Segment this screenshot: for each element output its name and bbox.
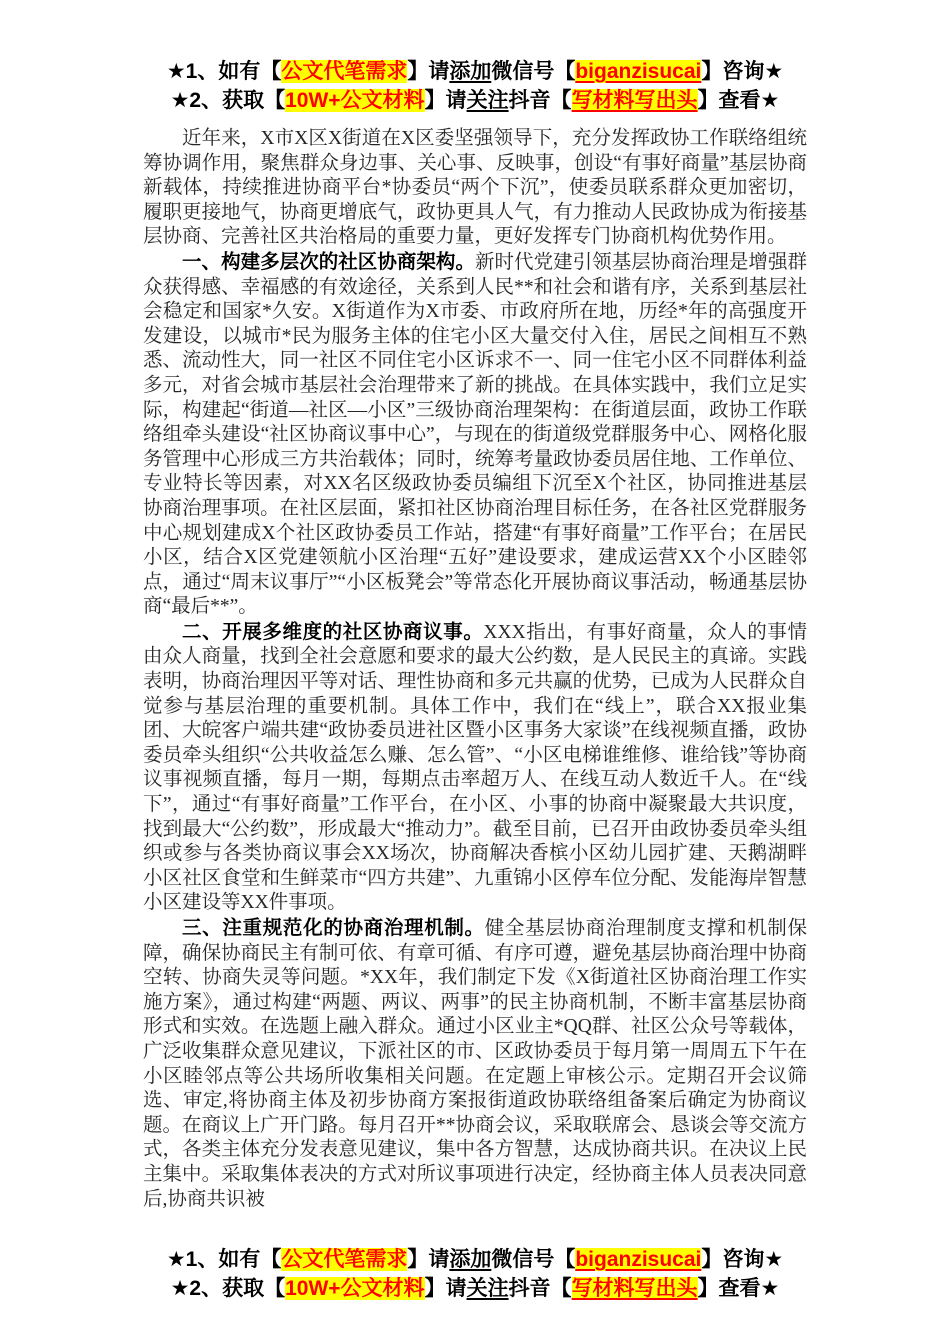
- banner-text: 】咨询★: [701, 60, 783, 83]
- banner-top-line1: ★1、如有【公文代笔需求】请添加微信号【biganzisucai】咨询★: [0, 57, 950, 86]
- banner-text: 】查看★: [698, 89, 780, 112]
- banner-bottom: ★1、如有【公文代笔需求】请添加微信号【biganzisucai】咨询★ ★2、…: [0, 1245, 950, 1303]
- banner-top-line2: ★2、获取【10W+公文材料】请关注抖音【写材料写出头】查看★: [0, 86, 950, 115]
- banner-text: 】请: [425, 1277, 467, 1300]
- paragraph-section-2: 二、开展多维度的社区协商议事。XXX指出，有事好商量，众人的事情由众人商量，找到…: [143, 620, 807, 916]
- banner-text: 】请: [425, 89, 467, 112]
- underlined-text: 关注: [467, 89, 509, 112]
- banner-text: 抖音【: [509, 1277, 572, 1300]
- paragraph-section-1: 一、构建多层次的社区协商架构。新时代党建引领基层协商治理是增强群众获得感、幸福感…: [143, 250, 807, 620]
- banner-text: 微信号【: [491, 60, 575, 83]
- wechat-id-text: biganzisucai: [575, 1248, 701, 1271]
- banner-text: 】查看★: [698, 1277, 780, 1300]
- banner-top: ★1、如有【公文代笔需求】请添加微信号【biganzisucai】咨询★ ★2、…: [0, 0, 950, 115]
- banner-text: ★2、获取【: [171, 1277, 286, 1300]
- wechat-id-text: biganzisucai: [575, 60, 701, 83]
- banner-text: 抖音【: [509, 89, 572, 112]
- banner-text: ★1、如有【: [167, 60, 282, 83]
- banner-bottom-line2: ★2、获取【10W+公文材料】请关注抖音【写材料写出头】查看★: [0, 1274, 950, 1303]
- underlined-text: 添加: [449, 60, 491, 83]
- banner-text: ★1、如有【: [167, 1248, 282, 1271]
- paragraph-text: 近年来，X市X区X街道在X区委坚强领导下，充分发挥政协工作联络组统筹协调作用，聚…: [143, 128, 807, 247]
- banner-bottom-line1: ★1、如有【公文代笔需求】请添加微信号【biganzisucai】咨询★: [0, 1245, 950, 1274]
- banner-text: 】咨询★: [701, 1248, 783, 1271]
- section-heading: 三、注重规范化的协商治理机制。: [182, 917, 485, 939]
- douyin-id-text: 写材料写出头: [572, 1277, 698, 1300]
- paragraph-text: 新时代党建引领基层协商治理是增强群众获得感、幸福感的有效途径，关系到人民**和社…: [143, 252, 807, 617]
- douyin-id-text: 写材料写出头: [572, 89, 698, 112]
- banner-text: 微信号【: [491, 1248, 575, 1271]
- paragraph-text: XXX指出，有事好商量，众人的事情由众人商量，找到全社会意愿和要求的最大公约数，…: [143, 622, 807, 914]
- banner-text: ★2、获取【: [171, 89, 286, 112]
- underlined-text: 关注: [467, 1277, 509, 1300]
- highlight-text: 10W+公文材料: [285, 1277, 424, 1300]
- underlined-text: 添加: [449, 1248, 491, 1271]
- section-heading: 一、构建多层次的社区协商架构。: [182, 251, 475, 273]
- paragraph-text: 健全基层协商治理制度支撑和机制保障，确保协商民主有制可依、有章可循、有序可遵，避…: [143, 918, 807, 1210]
- paragraph-intro: 近年来，X市X区X街道在X区委坚强领导下，充分发挥政协工作联络组统筹协调作用，聚…: [143, 126, 807, 250]
- document-body: 近年来，X市X区X街道在X区委坚强领导下，充分发挥政协工作联络组统筹协调作用，聚…: [143, 126, 807, 1212]
- banner-text: 】请: [407, 60, 449, 83]
- document-page: ★1、如有【公文代笔需求】请添加微信号【biganzisucai】咨询★ ★2、…: [0, 0, 950, 1344]
- highlight-text: 公文代笔需求: [281, 60, 407, 83]
- section-heading: 二、开展多维度的社区协商议事。: [182, 621, 483, 643]
- highlight-text: 公文代笔需求: [281, 1248, 407, 1271]
- highlight-text: 10W+公文材料: [285, 89, 424, 112]
- banner-text: 】请: [407, 1248, 449, 1271]
- paragraph-section-3: 三、注重规范化的协商治理机制。健全基层协商治理制度支撑和机制保障，确保协商民主有…: [143, 916, 807, 1212]
